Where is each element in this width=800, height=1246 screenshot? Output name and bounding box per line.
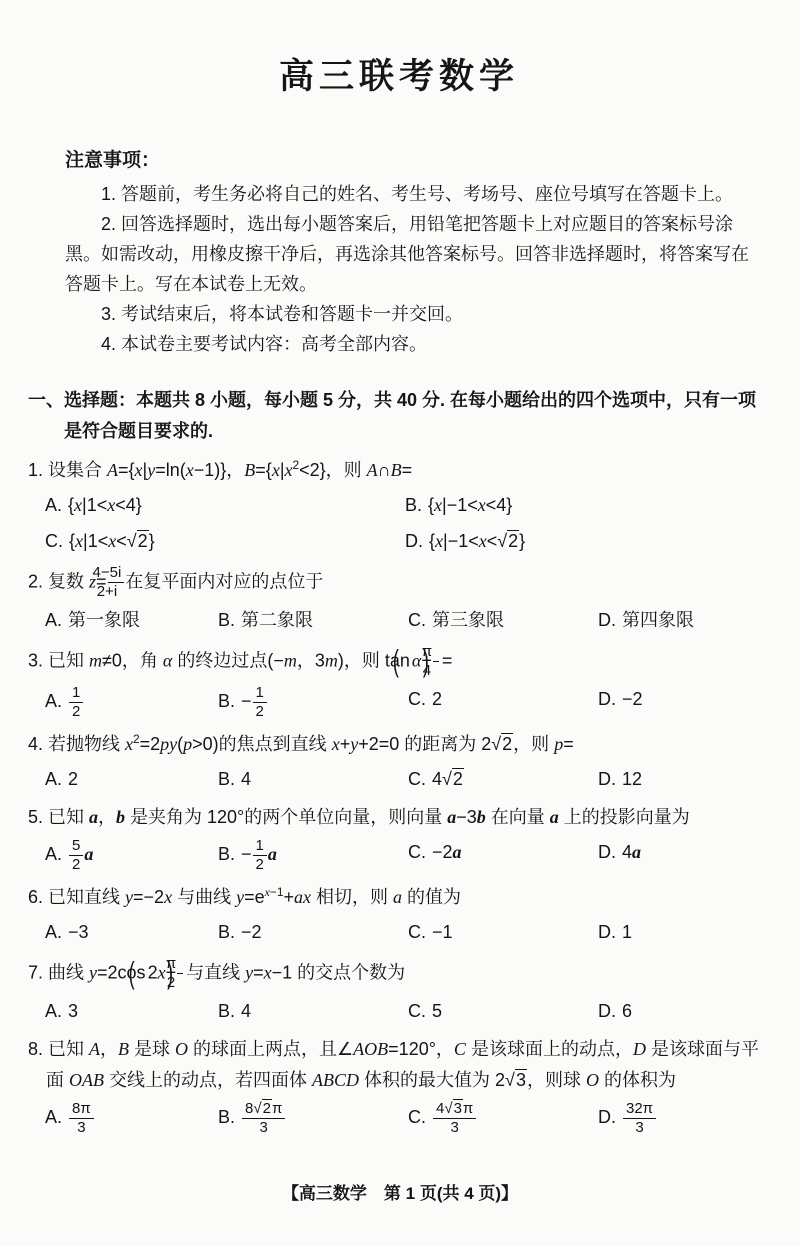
- question-2-options: A.第一象限 B.第二象限 C.第三象限 D.第四象限: [28, 605, 770, 635]
- question-3-options: A.12 B.−12 C.2 D.−2: [28, 684, 770, 721]
- question-8: 8. 已知 A，B 是球 O 的球面上两点，且∠AOB=120°，C 是该球面上…: [28, 1034, 770, 1137]
- option-c: C.5: [408, 996, 598, 1026]
- question-3-stem: 3. 已知 m≠0，角 α 的终边过点(−m，3m)，则 tan(α+π4)=: [28, 643, 770, 680]
- option-label: A.: [45, 922, 62, 942]
- question-7-stem: 7. 曲线 y=2cos(2x+π2)与直线 y=x−1 的交点个数为: [28, 955, 770, 992]
- option-text: −1: [432, 922, 453, 942]
- question-6-stem: 6. 已知直线 y=−2x 与曲线 y=ex−1+ax 相切，则 a 的值为: [28, 882, 770, 913]
- option-a: A.12: [45, 684, 218, 721]
- notice-item-2: 2. 回答选择题时，选出每小题答案后，用铅笔把答题卡上对应题目的答案标号涂黑。如…: [65, 209, 764, 299]
- notice-item-1: 1. 答题前，考生务必将自己的姓名、考生号、考场号、座位号填写在答题卡上。: [65, 179, 764, 209]
- question-5-stem: 5. 已知 a，b 是夹角为 120°的两个单位向量，则向量 a−3b 在向量 …: [28, 802, 770, 833]
- option-text: 4: [241, 1001, 251, 1021]
- option-text: {x|1<x<4}: [68, 495, 142, 515]
- option-text: 2: [432, 689, 442, 709]
- option-text: 第四象限: [622, 610, 694, 630]
- question-1: 1. 设集合 A={x|y=ln(x−1)}，B={x|x2<2}，则 A∩B=…: [28, 455, 770, 556]
- notice-item-3: 3. 考试结束后，将本试卷和答题卡一并交回。: [65, 299, 764, 329]
- option-label: D.: [598, 922, 616, 942]
- option-text: 52a: [68, 844, 93, 864]
- option-b: B.−12: [218, 684, 408, 721]
- option-c: C.2: [408, 684, 598, 721]
- option-d: D.12: [598, 764, 770, 794]
- option-label: A.: [45, 1001, 62, 1021]
- option-a: A.2: [45, 764, 218, 794]
- option-c: C.−1: [408, 917, 598, 947]
- option-text: 43π3: [432, 1107, 477, 1127]
- question-5: 5. 已知 a，b 是夹角为 120°的两个单位向量，则向量 a−3b 在向量 …: [28, 802, 770, 874]
- option-d: D.32π3: [598, 1100, 770, 1137]
- option-text: {x|−1<x<4}: [428, 495, 512, 515]
- option-label: A.: [45, 844, 62, 864]
- option-label: C.: [45, 531, 63, 551]
- option-c: C.43π3: [408, 1100, 598, 1137]
- option-label: C.: [408, 689, 426, 709]
- option-text: 3: [68, 1001, 78, 1021]
- option-d: D.−2: [598, 684, 770, 721]
- option-b: B.第二象限: [218, 605, 408, 635]
- option-c: C.42: [408, 764, 598, 794]
- option-text: 32π3: [622, 1107, 657, 1127]
- option-label: B.: [218, 844, 235, 864]
- option-label: C.: [408, 1107, 426, 1127]
- notice-section: 注意事项： 1. 答题前，考生务必将自己的姓名、考生号、考场号、座位号填写在答题…: [65, 148, 764, 359]
- option-text: 第三象限: [432, 610, 504, 630]
- option-label: D.: [598, 1107, 616, 1127]
- option-text: −2a: [432, 842, 462, 862]
- question-1-stem: 1. 设集合 A={x|y=ln(x−1)}，B={x|x2<2}，则 A∩B=: [28, 455, 770, 486]
- option-a: A.8π3: [45, 1100, 218, 1137]
- option-text: −2: [622, 689, 643, 709]
- question-4-options: A.2 B.4 C.42 D.12: [28, 764, 770, 794]
- question-6-options: A.−3 B.−2 C.−1 D.1: [28, 917, 770, 947]
- option-label: A.: [45, 610, 62, 630]
- option-label: C.: [408, 1001, 426, 1021]
- option-a: A.52a: [45, 837, 218, 874]
- option-text: −3: [68, 922, 89, 942]
- option-c: C.−2a: [408, 837, 598, 874]
- option-text: 2: [68, 769, 78, 789]
- option-text: −12: [241, 691, 268, 711]
- question-8-options: A.8π3 B.82π3 C.43π3 D.32π3: [28, 1100, 770, 1137]
- option-a: A.{x|1<x<4}: [45, 490, 405, 520]
- notice-heading: 注意事项：: [65, 148, 764, 174]
- option-label: A.: [45, 691, 62, 711]
- option-text: 5: [432, 1001, 442, 1021]
- option-label: B.: [218, 691, 235, 711]
- option-d: D.6: [598, 996, 770, 1026]
- option-label: D.: [598, 689, 616, 709]
- option-label: D.: [598, 769, 616, 789]
- option-label: C.: [408, 610, 426, 630]
- option-label: B.: [218, 922, 235, 942]
- question-4-stem: 4. 若抛物线 x2=2py(p>0)的焦点到直线 x+y+2=0 的距离为 2…: [28, 729, 770, 760]
- option-b: B.4: [218, 996, 408, 1026]
- question-2-stem: 2. 复数 z=4−5i2+i在复平面内对应的点位于: [28, 564, 770, 601]
- option-b: B.{x|−1<x<4}: [405, 490, 770, 520]
- option-label: B.: [218, 1001, 235, 1021]
- option-label: B.: [405, 495, 422, 515]
- question-7: 7. 曲线 y=2cos(2x+π2)与直线 y=x−1 的交点个数为 A.3 …: [28, 955, 770, 1026]
- notice-item-4: 4. 本试卷主要考试内容：高考全部内容。: [65, 329, 764, 359]
- option-c: C.第三象限: [408, 605, 598, 635]
- question-1-options: A.{x|1<x<4} B.{x|−1<x<4} C.{x|1<x<2} D.{…: [28, 490, 770, 556]
- option-label: C.: [408, 922, 426, 942]
- option-label: A.: [45, 769, 62, 789]
- option-d: D.1: [598, 917, 770, 947]
- question-4: 4. 若抛物线 x2=2py(p>0)的焦点到直线 x+y+2=0 的距离为 2…: [28, 729, 770, 794]
- option-text: 6: [622, 1001, 632, 1021]
- option-label: D.: [598, 842, 616, 862]
- option-text: −2: [241, 922, 262, 942]
- option-text: 12: [68, 691, 84, 711]
- option-text: 1: [622, 922, 632, 942]
- option-label: B.: [218, 1107, 235, 1127]
- option-label: C.: [408, 842, 426, 862]
- option-b: B.−12a: [218, 837, 408, 874]
- option-text: 第一象限: [68, 610, 140, 630]
- option-label: B.: [218, 769, 235, 789]
- option-text: 第二象限: [241, 610, 313, 630]
- question-3: 3. 已知 m≠0，角 α 的终边过点(−m，3m)，则 tan(α+π4)= …: [28, 643, 770, 721]
- option-label: D.: [598, 1001, 616, 1021]
- option-b: B.−2: [218, 917, 408, 947]
- exam-page: 高三联考数学 注意事项： 1. 答题前，考生务必将自己的姓名、考生号、考场号、座…: [0, 0, 800, 1246]
- option-d: D.{x|−1<x<2}: [405, 526, 770, 556]
- option-label: D.: [598, 610, 616, 630]
- option-c: C.{x|1<x<2}: [45, 526, 405, 556]
- option-label: B.: [218, 610, 235, 630]
- question-2: 2. 复数 z=4−5i2+i在复平面内对应的点位于 A.第一象限 B.第二象限…: [28, 564, 770, 635]
- option-text: 12: [622, 769, 642, 789]
- option-text: 8π3: [68, 1107, 95, 1127]
- option-text: {x|−1<x<2}: [429, 530, 525, 551]
- option-text: 42: [432, 768, 464, 789]
- option-label: A.: [45, 495, 62, 515]
- page-footer: 【高三数学 第 1 页(共 4 页)】: [0, 1179, 800, 1204]
- option-d: D.4a: [598, 837, 770, 874]
- option-a: A.3: [45, 996, 218, 1026]
- option-text: 4: [241, 769, 251, 789]
- option-a: A.−3: [45, 917, 218, 947]
- section-heading: 一、选择题：本题共 8 小题，每小题 5 分，共 40 分. 在每小题给出的四个…: [28, 385, 770, 447]
- option-text: 4a: [622, 842, 641, 862]
- exam-title: 高三联考数学: [28, 54, 770, 100]
- question-5-options: A.52a B.−12a C.−2a D.4a: [28, 837, 770, 874]
- option-d: D.第四象限: [598, 605, 770, 635]
- option-b: B.82π3: [218, 1100, 408, 1137]
- option-text: 82π3: [241, 1107, 286, 1127]
- option-text: −12a: [241, 844, 277, 864]
- question-7-options: A.3 B.4 C.5 D.6: [28, 996, 770, 1026]
- option-b: B.4: [218, 764, 408, 794]
- question-8-stem: 8. 已知 A，B 是球 O 的球面上两点，且∠AOB=120°，C 是该球面上…: [28, 1034, 770, 1096]
- option-label: C.: [408, 769, 426, 789]
- option-label: D.: [405, 531, 423, 551]
- question-6: 6. 已知直线 y=−2x 与曲线 y=ex−1+ax 相切，则 a 的值为 A…: [28, 882, 770, 947]
- option-a: A.第一象限: [45, 605, 218, 635]
- option-label: A.: [45, 1107, 62, 1127]
- option-text: {x|1<x<2}: [69, 530, 155, 551]
